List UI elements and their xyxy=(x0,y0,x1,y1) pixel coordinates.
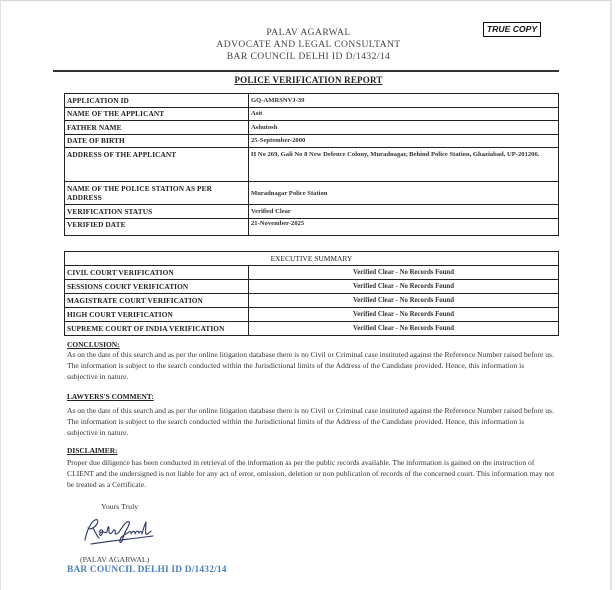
detail-value: 21-November-2025 xyxy=(249,218,559,235)
lawyers-comment-text: As on the date of this search and as per… xyxy=(67,405,555,439)
court-label: CIVIL COURT VERIFICATION xyxy=(65,266,249,280)
detail-label: DATE OF BIRTH xyxy=(65,134,249,148)
table-row: FATHER NAME Ashutosh xyxy=(65,121,559,135)
court-status: Verified Clear - No Records Found xyxy=(249,266,559,280)
letterhead-bar-id: BAR COUNCIL DELHI ID D/1432/14 xyxy=(1,51,615,62)
detail-value: H No 269, Gali No 8 New Defence Colony, … xyxy=(249,148,559,182)
executive-summary-title: EXECUTIVE SUMMARY xyxy=(65,252,559,266)
table-row: SUPREME COURT OF INDIA VERIFICATION Veri… xyxy=(65,322,559,336)
court-status: Verified Clear - No Records Found xyxy=(249,294,559,308)
conclusion-text: As on the date of this search and as per… xyxy=(67,349,555,383)
detail-value: GQ-AMRSNVJ-39 xyxy=(249,94,559,108)
true-copy-stamp: TRUE COPY xyxy=(483,22,541,37)
court-status: Verified Clear - No Records Found xyxy=(249,308,559,322)
detail-label: ADDRESS OF THE APPLICANT xyxy=(65,148,249,182)
table-row: NAME OF THE APPLICANT Asit xyxy=(65,107,559,121)
detail-label: NAME OF THE POLICE STATION AS PER ADDRES… xyxy=(65,182,249,205)
detail-label: VERIFICATION STATUS xyxy=(65,205,249,219)
table-row: SESSIONS COURT VERIFICATION Verified Cle… xyxy=(65,280,559,294)
table-row: ADDRESS OF THE APPLICANT H No 269, Gali … xyxy=(65,148,559,182)
document-page: PALAV AGARWAL ADVOCATE AND LEGAL CONSULT… xyxy=(0,0,612,590)
detail-label: FATHER NAME xyxy=(65,121,249,135)
executive-summary-table: EXECUTIVE SUMMARY CIVIL COURT VERIFICATI… xyxy=(64,251,559,336)
detail-value: Ashutosh xyxy=(249,121,559,135)
detail-label: NAME OF THE APPLICANT xyxy=(65,107,249,121)
detail-label: APPLICATION ID xyxy=(65,94,249,108)
detail-value: 25-September-2000 xyxy=(249,134,559,148)
signatory-bar-id: BAR COUNCIL DELHI ID D/1432/14 xyxy=(67,565,227,575)
report-title: POLICE VERIFICATION REPORT xyxy=(1,75,615,85)
table-row: HIGH COURT VERIFICATION Verified Clear -… xyxy=(65,308,559,322)
applicant-details-table: APPLICATION ID GQ-AMRSNVJ-39 NAME OF THE… xyxy=(64,93,559,236)
court-label: SESSIONS COURT VERIFICATION xyxy=(65,280,249,294)
table-header-row: EXECUTIVE SUMMARY xyxy=(65,252,559,266)
court-status: Verified Clear - No Records Found xyxy=(249,280,559,294)
table-row: CIVIL COURT VERIFICATION Verified Clear … xyxy=(65,266,559,280)
signature-icon xyxy=(79,514,159,548)
conclusion-heading: CONCLUSION: xyxy=(67,340,120,349)
table-row: VERIFIED DATE 21-November-2025 xyxy=(65,218,559,235)
court-label: SUPREME COURT OF INDIA VERIFICATION xyxy=(65,322,249,336)
signatory-name: (PALAV AGARWAL) xyxy=(80,555,149,564)
table-row: DATE OF BIRTH 25-September-2000 xyxy=(65,134,559,148)
court-label: MAGISTRATE COURT VERIFICATION xyxy=(65,294,249,308)
lawyers-comment-heading: LAWYERS'S COMMENT: xyxy=(67,392,154,401)
disclaimer-text: Proper due diligence has been conducted … xyxy=(67,457,555,491)
closing-text: Yours Truly xyxy=(101,502,138,511)
table-row: VERIFICATION STATUS Verified Clear xyxy=(65,205,559,219)
table-row: MAGISTRATE COURT VERIFICATION Verified C… xyxy=(65,294,559,308)
detail-value: Asit xyxy=(249,107,559,121)
header-divider xyxy=(53,70,559,72)
court-label: HIGH COURT VERIFICATION xyxy=(65,308,249,322)
table-row: APPLICATION ID GQ-AMRSNVJ-39 xyxy=(65,94,559,108)
detail-value: Verified Clear xyxy=(249,205,559,219)
letterhead-designation: ADVOCATE AND LEGAL CONSULTANT xyxy=(1,39,615,50)
disclaimer-heading: DISCLAIMER: xyxy=(67,446,118,455)
detail-value: Muradnagar Police Station xyxy=(249,182,559,205)
table-row: NAME OF THE POLICE STATION AS PER ADDRES… xyxy=(65,182,559,205)
court-status: Verified Clear - No Records Found xyxy=(249,322,559,336)
detail-label: VERIFIED DATE xyxy=(65,218,249,235)
